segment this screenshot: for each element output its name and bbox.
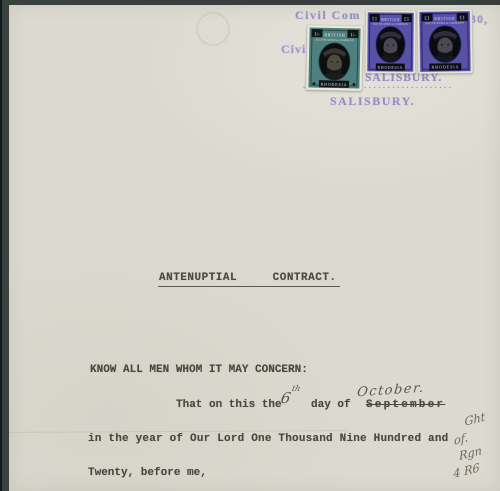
stamp-country-name: RHODESIA — [431, 65, 459, 70]
contract-heading: ANTENUPTIAL CONTRACT. — [158, 272, 340, 287]
stamp-country-name: RHODESIA — [321, 82, 348, 88]
stamp-value-right: £1 — [459, 15, 465, 21]
contract-opening-line: KNOW ALL MEN WHOM IT MAY CONCERN: — [90, 364, 308, 376]
stamp-value-right: £1 — [404, 16, 410, 22]
stamp-country-line1: BRITISH — [434, 16, 455, 21]
contract-twenty-line: Twenty, before me, — [88, 467, 207, 479]
contract-day-of-text: day of — [311, 399, 351, 411]
stamp-value-left: £1 — [372, 16, 378, 22]
handstamp-civil-commissioner-fragment: Civil Com — [295, 8, 361, 23]
postage-stamp-one-shilling: 1/- 1/- BRITISH SOUTH AFRICA COMPANY RHO… — [305, 24, 363, 91]
stamp-country-line2: SOUTH AFRICA COMPANY — [425, 22, 464, 25]
stamp-country-line1: BRITISH — [324, 32, 345, 37]
stamp-value-left: 1/- — [314, 32, 320, 37]
contract-date-line-prefix: That on this the — [176, 399, 282, 411]
struck-through-month: September — [366, 399, 445, 411]
margin-annotations: Ght of. Rgn 4 R6 — [447, 405, 500, 482]
embossed-seal-ghost — [196, 12, 230, 46]
stamp-purple1-artwork: £1 £1 BRITISH SOUTH AFRICA COMPANY RHODE… — [365, 10, 417, 74]
handstamp-salisbury-lower: SALISBURY. — [330, 94, 415, 109]
stamp-value-right: 1/- — [350, 33, 356, 38]
postage-stamp-one-pound-2: £1 £1 BRITISH SOUTH AFRICA COMPANY RHODE… — [417, 9, 474, 75]
contract-year-line: in the year of Our Lord One Thousand Nin… — [88, 433, 448, 445]
stamp-purple2-artwork: £1 £1 BRITISH SOUTH AFRICA COMPANY RHODE… — [417, 9, 474, 75]
postage-stamp-one-pound-1: £1 £1 BRITISH SOUTH AFRICA COMPANY RHODE… — [365, 10, 417, 74]
stamp-green-artwork: 1/- 1/- BRITISH SOUTH AFRICA COMPANY RHO… — [305, 24, 363, 91]
stamp-country-name: RHODESIA — [378, 66, 403, 70]
stamp-value-left: £1 — [424, 16, 430, 22]
scanned-document-photo: Civil Com 30, Civil SALISBURY. .........… — [0, 0, 500, 491]
stamp-country-line2: SOUTH AFRICA COMPANY — [373, 23, 409, 26]
stamp-country-line1: BRITISH — [381, 18, 400, 22]
